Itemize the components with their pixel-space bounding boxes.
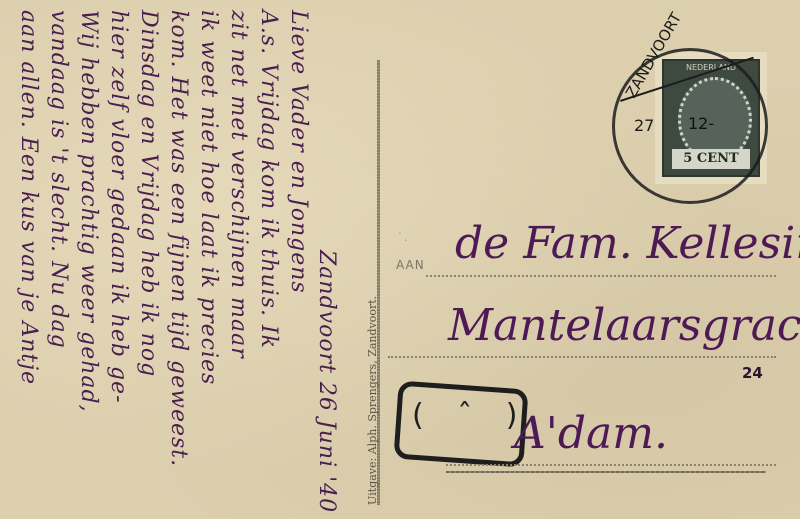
address-dotted-line bbox=[426, 275, 776, 277]
message-line: kom. Het was een fijnen tijd geweest. bbox=[166, 10, 191, 467]
postcard: Zandvoort 26 Juni '40 Lieve Vader en Jon… bbox=[0, 0, 800, 519]
address-underline bbox=[446, 471, 766, 473]
message-line: hier zelf vloer gedaan ik heb ge- bbox=[106, 10, 131, 404]
message-line: A.s. Vrijdag kom ik thuis. Ik bbox=[256, 10, 281, 349]
postmark-day: 27 bbox=[634, 116, 654, 135]
address-dotted-line bbox=[446, 464, 776, 466]
box-cancellation-text: ( ˆ ) bbox=[412, 398, 529, 433]
message-line: Wij hebben prachtig weer gehad, bbox=[76, 10, 101, 413]
message-line: zit net met verschijnen maar bbox=[226, 10, 251, 359]
address-dotted-line bbox=[388, 356, 776, 358]
message-line: Dinsdag en Vrijdag heb ik nog bbox=[136, 10, 161, 377]
address-prefix-label: AAN bbox=[396, 258, 425, 272]
address-line-recipient: de Fam. Kellesink bbox=[455, 218, 800, 269]
postmark-time: 12- bbox=[688, 114, 714, 133]
publisher-imprint: Uitgave: Alph. Sprengers, Zandvoort. bbox=[366, 296, 379, 505]
message-greeting: Lieve Vader en Jongens bbox=[286, 10, 311, 294]
message-date: Zandvoort 26 Juni '40 bbox=[314, 250, 339, 513]
message-line: vandaag is 't slecht. Nu dag bbox=[46, 10, 71, 349]
handwritten-message: Zandvoort 26 Juni '40 Lieve Vader en Jon… bbox=[0, 0, 345, 519]
address-house-number: 24 bbox=[742, 364, 763, 382]
address-line-street: Mantelaarsgracht bbox=[448, 300, 800, 351]
ink-speck: ˙ ˏ bbox=[398, 232, 407, 241]
message-closing: aan allen. Een kus van je Antje bbox=[16, 10, 41, 385]
address-line-city: A'dam. bbox=[514, 408, 668, 459]
message-line: ik weet niet hoe laat ik precies bbox=[196, 10, 221, 385]
